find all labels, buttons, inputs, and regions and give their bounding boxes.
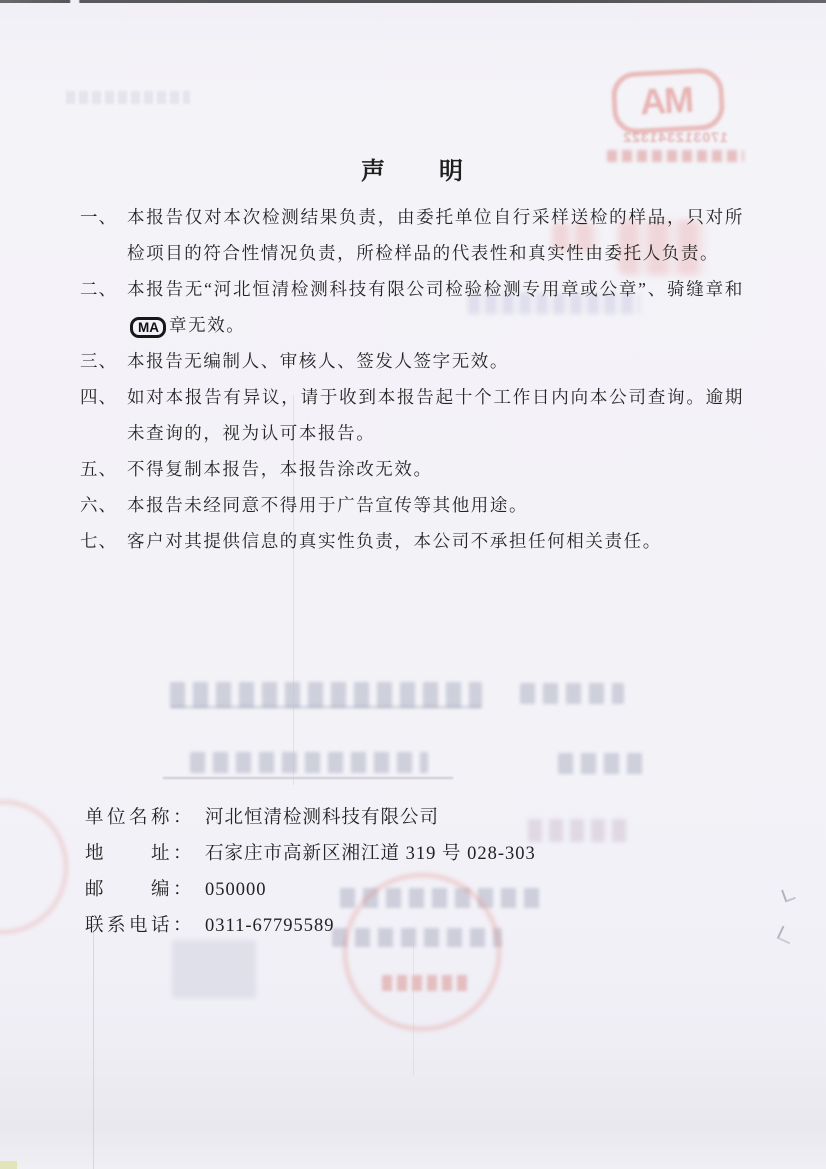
statement-item-number: 三、 xyxy=(80,343,127,379)
contact-value: 050000 xyxy=(205,872,267,908)
page-title: 声 明 xyxy=(0,151,826,186)
contact-label: 单位名称： xyxy=(85,800,195,836)
contact-value: 河北恒清检测科技有限公司 xyxy=(205,800,439,836)
mirrored-underline-bleedthrough xyxy=(163,777,453,779)
statement-item-text: 本报告无“河北恒清检测科技有限公司检验检测专用章或公章”、骑缝章和MA章无效。 xyxy=(127,271,744,343)
contact-value: 0311-67795589 xyxy=(205,908,334,944)
scan-line-artifact xyxy=(413,930,414,1075)
statement-item-text-segment: 章无效。 xyxy=(169,315,245,335)
statement-item-text-segment: 本报告无“河北恒清检测科技有限公司检验检测专用章或公章”、骑缝章和 xyxy=(127,279,744,299)
contact-row-company: 单位名称： 河北恒清检测科技有限公司 xyxy=(85,800,536,836)
statement-item-text: 本报告未经同意不得用于广告宣传等其他用途。 xyxy=(127,487,744,523)
statement-list: 一、 本报告仅对本次检测结果负责，由委托单位自行采样送检的样品，只对所检项目的符… xyxy=(80,199,744,559)
cma-cert-number-bleedthrough: 170312341322 xyxy=(604,129,746,145)
statement-item: 二、 本报告无“河北恒清检测科技有限公司检验检测专用章或公章”、骑缝章和MA章无… xyxy=(80,271,744,343)
scan-speck xyxy=(777,926,796,945)
contact-label: 邮 编： xyxy=(85,872,195,908)
statement-item: 七、 客户对其提供信息的真实性负责，本公司不承担任何相关责任。 xyxy=(80,523,744,559)
mirrored-label-bleedthrough xyxy=(528,819,632,842)
scan-corner-mark xyxy=(0,1161,17,1169)
statement-item-number: 二、 xyxy=(80,271,127,343)
mirrored-underlined-line-bleedthrough xyxy=(190,752,428,773)
statement-item: 六、 本报告未经同意不得用于广告宣传等其他用途。 xyxy=(80,487,744,523)
contact-info-block: 单位名称： 河北恒清检测科技有限公司 地 址： 石家庄市高新区湘江道 319 号… xyxy=(85,800,536,944)
contact-row-postcode: 邮 编： 050000 xyxy=(85,872,536,908)
scan-top-edge xyxy=(0,0,826,3)
scan-speck xyxy=(781,887,796,903)
contact-label: 地 址： xyxy=(85,836,195,872)
cma-stamp-bleedthrough-icon: MA xyxy=(610,67,725,135)
statement-item-number: 六、 xyxy=(80,487,127,523)
statement-item-text: 客户对其提供信息的真实性负责，本公司不承担任何相关责任。 xyxy=(127,523,744,559)
statement-item: 一、 本报告仅对本次检测结果负责，由委托单位自行采样送检的样品，只对所检项目的符… xyxy=(80,199,744,271)
statement-item-number: 七、 xyxy=(80,523,127,559)
statement-item-number: 一、 xyxy=(80,199,127,271)
statement-item: 三、 本报告无编制人、审核人、签发人签字无效。 xyxy=(80,343,744,379)
statement-item-number: 四、 xyxy=(80,379,127,451)
statement-item-text: 本报告无编制人、审核人、签发人签字无效。 xyxy=(127,343,744,379)
stamp-arc-bleedthrough-icon xyxy=(0,800,68,934)
statement-item: 五、 不得复制本报告，本报告涂改无效。 xyxy=(80,451,744,487)
statement-item-number: 五、 xyxy=(80,451,127,487)
scan-line-artifact xyxy=(93,930,94,1169)
cma-logo-icon: MA xyxy=(130,317,166,338)
contact-row-address: 地 址： 石家庄市高新区湘江道 319 号 028-303 xyxy=(85,836,536,872)
contact-row-phone: 联系电话： 0311-67795589 xyxy=(85,908,536,944)
statement-item: 四、 如对本报告有异议，请于收到本报告起十个工作日内向本公司查询。逾期未查询的，… xyxy=(80,379,744,451)
statement-item-text: 不得复制本报告，本报告涂改无效。 xyxy=(127,451,744,487)
statement-item-text: 本报告仅对本次检测结果负责，由委托单位自行采样送检的样品，只对所检项目的符合性情… xyxy=(127,199,744,271)
contact-value: 石家庄市高新区湘江道 319 号 028-303 xyxy=(205,836,536,872)
faint-watermark-text xyxy=(66,91,190,104)
statement-item-text: 如对本报告有异议，请于收到本报告起十个工作日内向本公司查询。逾期未查询的，视为认… xyxy=(127,379,744,451)
qr-code-bleedthrough xyxy=(172,940,256,998)
contact-label: 联系电话： xyxy=(85,908,195,944)
mirrored-label-bleedthrough xyxy=(520,683,624,704)
scanned-statement-page: MA 170312341322 声 明 一、 本报告仅对本次检测结果负责，由委托… xyxy=(0,0,826,1169)
mirrored-underlined-line-bleedthrough xyxy=(170,682,482,708)
stamp-text-bleedthrough xyxy=(382,975,470,991)
mirrored-label-bleedthrough xyxy=(558,753,644,774)
